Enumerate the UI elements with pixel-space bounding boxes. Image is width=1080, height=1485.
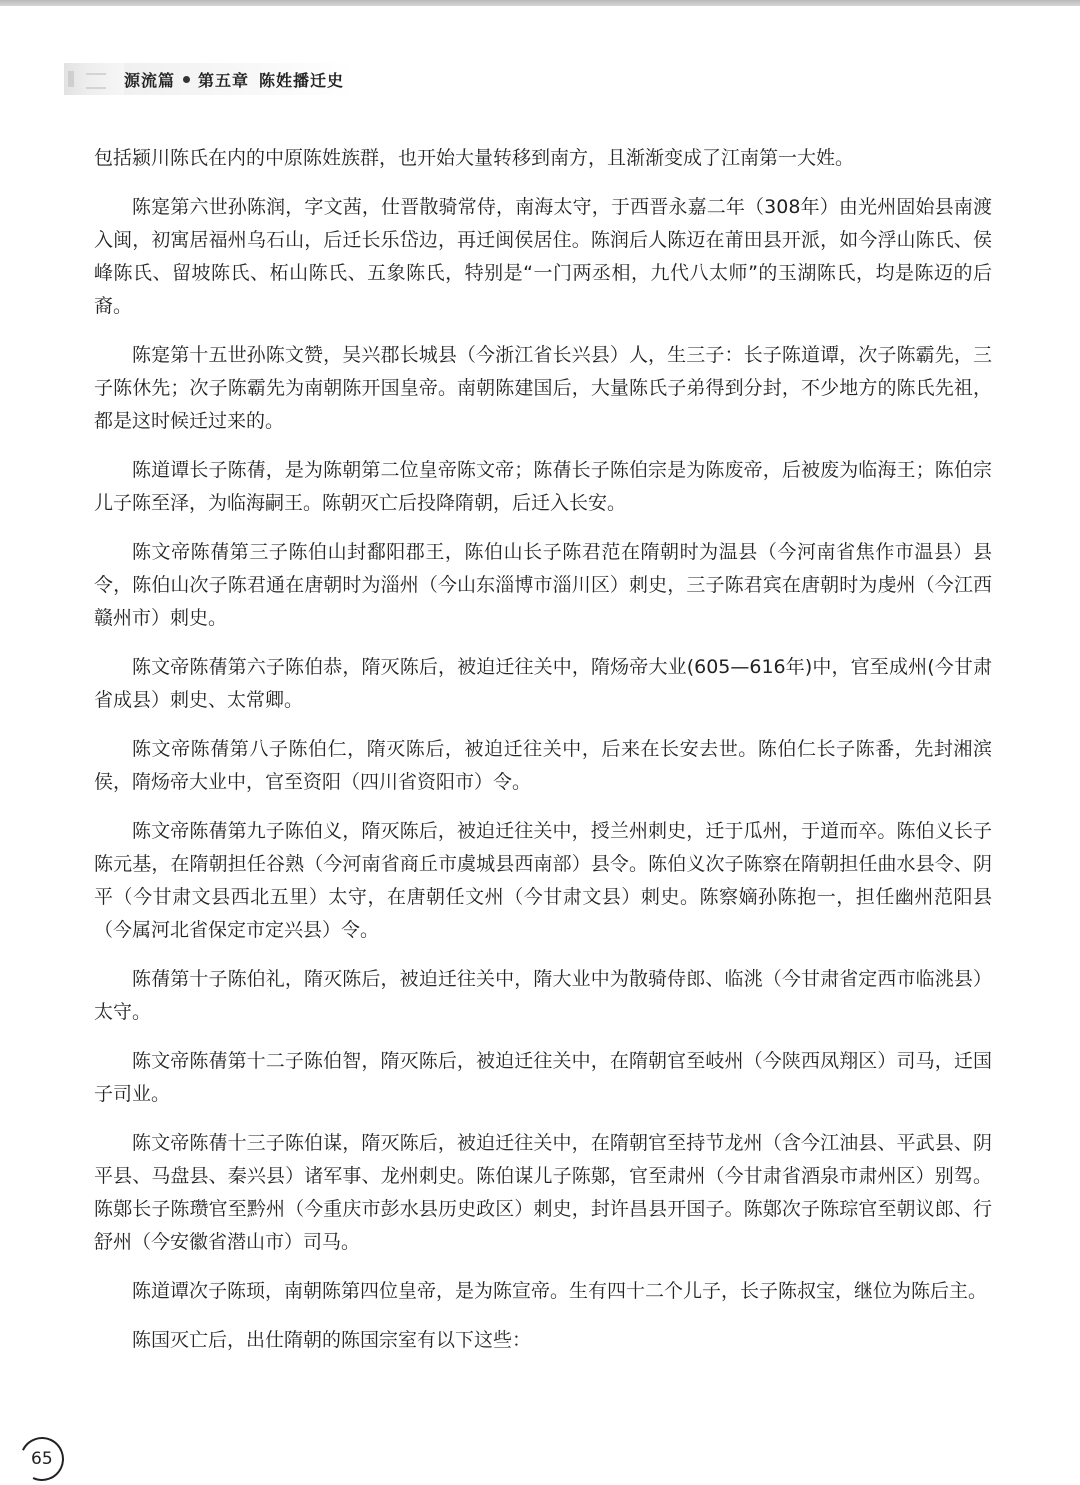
paragraph: 陈道谭次子陈顼，南朝陈第四位皇帝，是为陈宣帝。生有四十二个儿子，长子陈叔宝，继位… [94, 1275, 992, 1308]
section-name: 源流篇 [124, 68, 175, 91]
chapter-number: 第五章 [198, 68, 249, 91]
paragraph: 陈文帝陈蒨第八子陈伯仁，隋灭陈后，被迫迁往关中，后来在长安去世。陈伯仁长子陈番，… [94, 733, 992, 799]
paragraph: 陈国灭亡后，出仕隋朝的陈国宗室有以下这些： [94, 1324, 992, 1357]
paragraph: 陈文帝陈蒨第三子陈伯山封鄱阳郡王，陈伯山长子陈君范在隋朝时为温县（今河南省焦作市… [94, 536, 992, 635]
header-decoration-icon [64, 63, 124, 95]
paragraph: 陈寔第六世孙陈润，字文茜，仕晋散骑常侍，南海太守，于西晋永嘉二年（308年）由光… [94, 191, 992, 323]
page-number: 65 [31, 1449, 53, 1469]
body-text: 包括颍川陈氏在内的中原陈姓族群，也开始大量转移到南方，且渐渐变成了江南第一大姓。… [94, 142, 992, 1373]
page-number-badge: 65 [14, 1431, 70, 1485]
paragraph: 陈蒨第十子陈伯礼，隋灭陈后，被迫迁往关中，隋大业中为散骑侍郎、临洮（今甘肃省定西… [94, 963, 992, 1029]
paragraph: 陈寔第十五世孙陈文赞，吴兴郡长城县（今浙江省长兴县）人，生三子：长子陈道谭，次子… [94, 339, 992, 438]
paragraph: 陈文帝陈蒨十三子陈伯谋，隋灭陈后，被迫迁往关中，在隋朝官至持节龙州（含今江油县、… [94, 1127, 992, 1259]
page-top-border [0, 0, 1080, 6]
paragraph: 包括颍川陈氏在内的中原陈姓族群，也开始大量转移到南方，且渐渐变成了江南第一大姓。 [94, 142, 992, 175]
running-head: 源流篇 第五章 陈姓播迁史 [64, 62, 354, 96]
paragraph: 陈文帝陈蒨第九子陈伯义，隋灭陈后，被迫迁往关中，授兰州刺史，迁于瓜州，于道而卒。… [94, 815, 992, 947]
bullet-dot-icon [183, 76, 190, 83]
chapter-title: 陈姓播迁史 [259, 68, 344, 91]
paragraph: 陈道谭长子陈蒨，是为陈朝第二位皇帝陈文帝；陈蒨长子陈伯宗是为陈废帝，后被废为临海… [94, 454, 992, 520]
paragraph: 陈文帝陈蒨第六子陈伯恭，隋灭陈后，被迫迁往关中，隋炀帝大业(605—616年)中… [94, 651, 992, 717]
running-head-text: 源流篇 第五章 陈姓播迁史 [124, 63, 354, 95]
paragraph: 陈文帝陈蒨第十二子陈伯智，隋灭陈后，被迫迁往关中，在隋朝官至岐州（今陕西凤翔区）… [94, 1045, 992, 1111]
